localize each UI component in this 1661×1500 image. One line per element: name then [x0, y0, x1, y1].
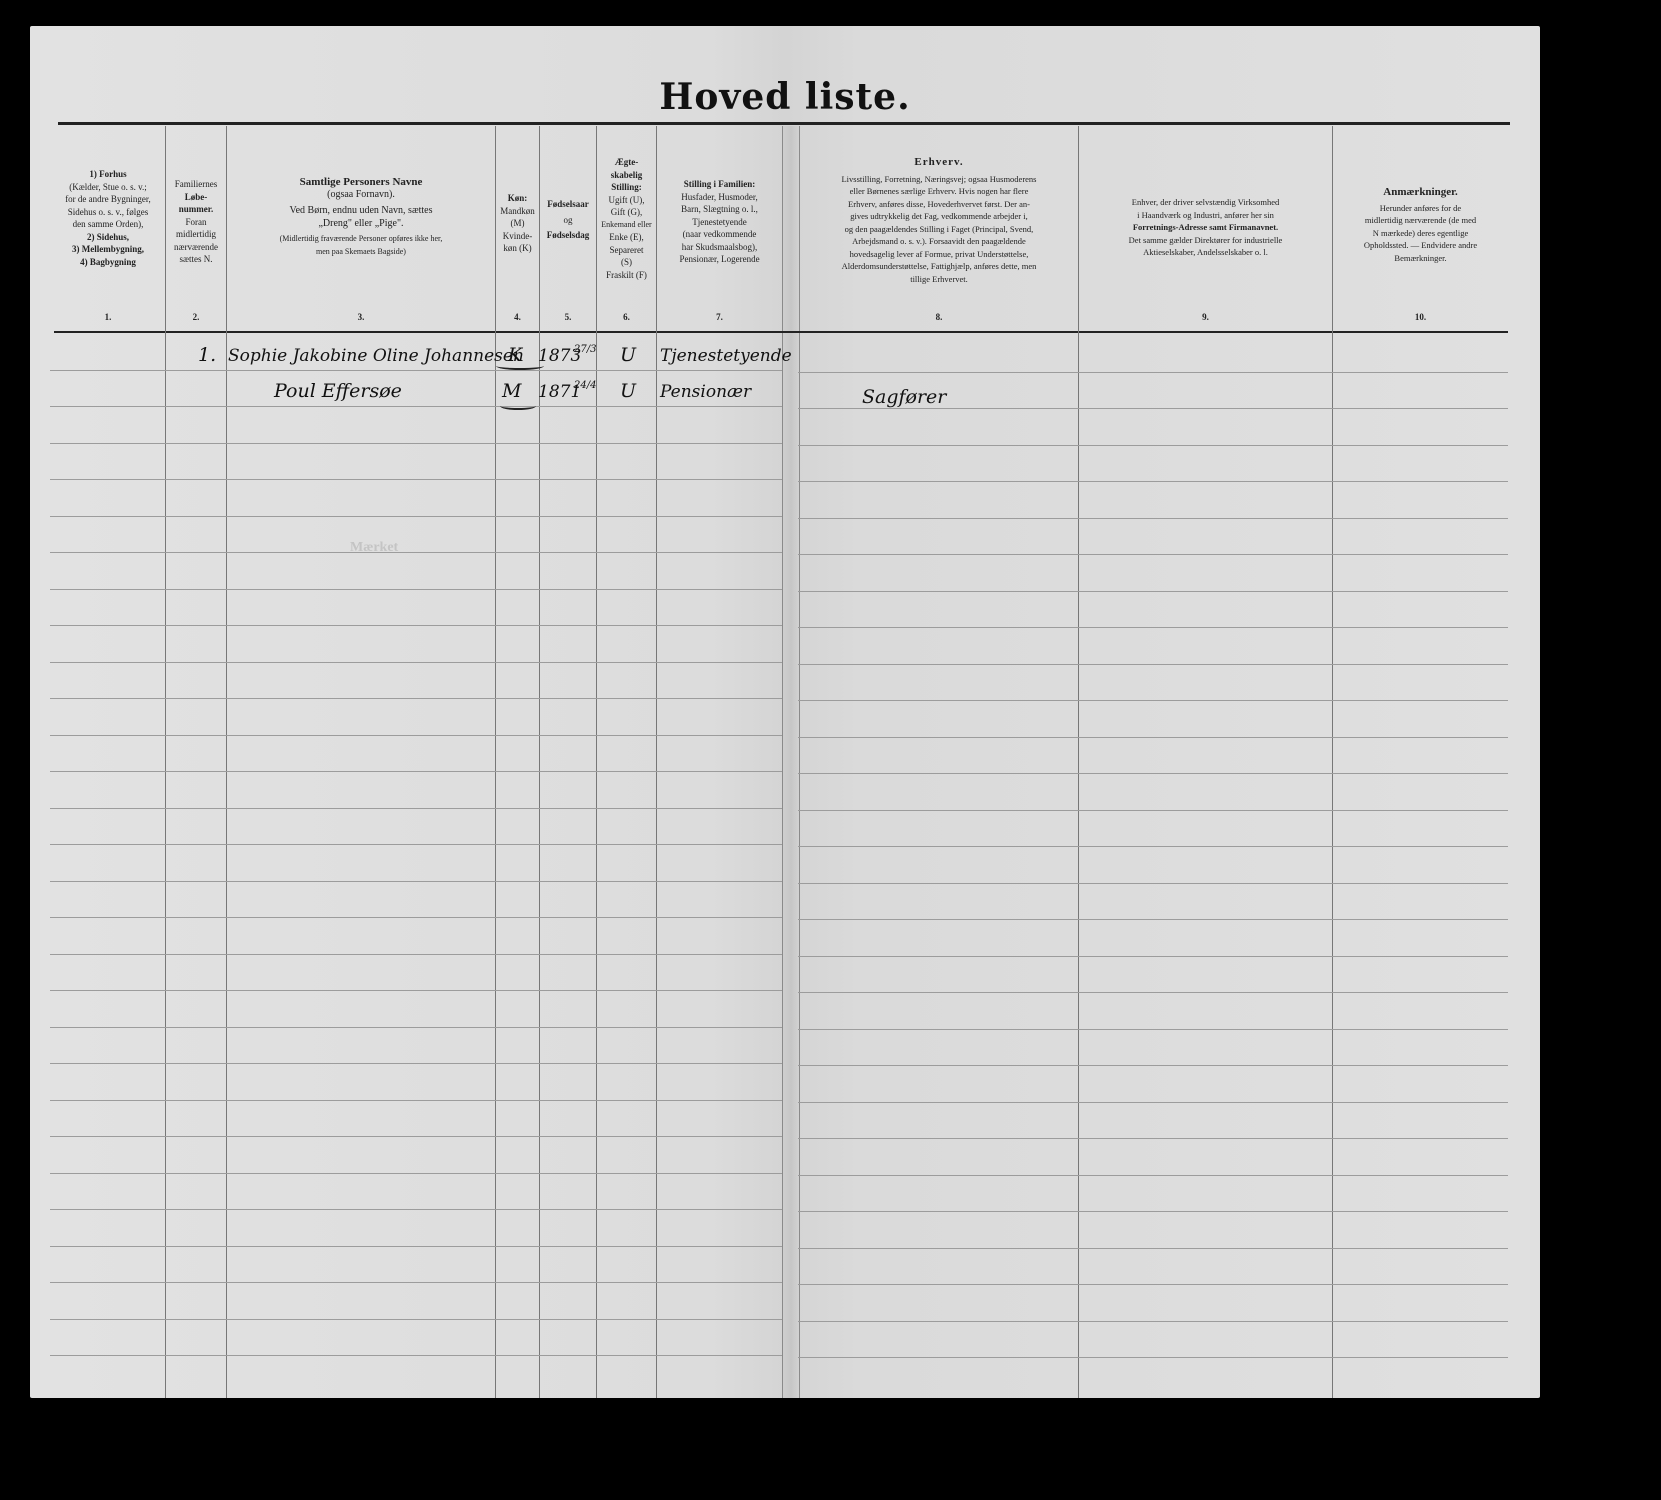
row-rule	[798, 591, 1508, 592]
column-header-1: 1) Forhus (Kælder, Stue o. s. v.; for de…	[52, 168, 164, 268]
birth-date: 24/4	[574, 380, 596, 391]
column-header-5: Fødselsaar og Fødselsdag	[540, 198, 596, 242]
page-title: Hoved liste.	[30, 76, 1540, 118]
row-rule	[50, 1282, 782, 1283]
row-rule	[50, 881, 782, 882]
row-rule	[50, 735, 782, 736]
row-rule	[798, 773, 1508, 774]
row-rule	[798, 481, 1508, 482]
row-rule	[50, 1063, 782, 1064]
row-rule	[798, 737, 1508, 738]
row-rule	[50, 516, 782, 517]
column-number-4: 4.	[496, 312, 539, 322]
row-rule	[798, 1248, 1508, 1249]
row-rule	[50, 1100, 782, 1101]
row-rule	[798, 1065, 1508, 1066]
column-number-1: 1.	[52, 312, 164, 322]
header-rule	[54, 331, 1508, 333]
column-header-10: Anmærkninger. Herunder anføres for de mi…	[1333, 186, 1508, 264]
row-rule	[798, 810, 1508, 811]
row-rule	[50, 771, 782, 772]
row-rule	[798, 372, 1508, 373]
column-number-5: 5.	[540, 312, 596, 322]
column-number-3: 3.	[227, 312, 495, 322]
census-form-page: Hoved liste. 1) Forhus (Kælder, Stue o. …	[30, 26, 1540, 1398]
row-rule	[50, 662, 782, 663]
column-header-9: Enhver, der driver selvstændig Virksomhe…	[1079, 196, 1332, 259]
row-rule	[798, 919, 1508, 920]
row-rule	[50, 1246, 782, 1247]
column-number-10: 10.	[1333, 312, 1508, 322]
column-number-9: 9.	[1079, 312, 1332, 322]
row-rule	[798, 1321, 1508, 1322]
row-rule	[50, 589, 782, 590]
row-rule	[798, 1138, 1508, 1139]
sex: M	[502, 380, 521, 402]
column-header-2: Familiernes Løbe- nummer. Foran midlerti…	[166, 178, 226, 266]
row-rule	[50, 954, 782, 955]
row-rule	[798, 518, 1508, 519]
row-rule	[798, 883, 1508, 884]
row-rule	[798, 554, 1508, 555]
marital-status: U	[620, 344, 636, 366]
row-rule	[798, 1357, 1508, 1358]
row-rule	[798, 992, 1508, 993]
row-rule	[50, 844, 782, 845]
row-rule	[50, 1355, 782, 1356]
row-rule	[50, 1319, 782, 1320]
row-rule	[798, 627, 1508, 628]
underline-mark	[496, 362, 544, 370]
birth-date: 27/3	[574, 344, 596, 355]
family-number: 1.	[198, 344, 216, 366]
column-header-6: Ægte- skabelig Stilling: Ugift (U), Gift…	[597, 156, 656, 281]
row-rule	[50, 552, 782, 553]
row-rule	[798, 1175, 1508, 1176]
row-rule	[50, 1209, 782, 1210]
row-rule	[798, 1029, 1508, 1030]
row-rule	[798, 408, 1508, 409]
column-header-7: Stilling i Familien: Husfader, Husmoder,…	[657, 178, 782, 266]
column-header-3: Samtlige Personers Navne (ogsaa Fornavn)…	[227, 176, 495, 258]
title-rule	[58, 122, 1510, 125]
row-rule	[50, 990, 782, 991]
row-rule	[798, 700, 1508, 701]
row-rule	[798, 846, 1508, 847]
row-rule	[50, 370, 782, 371]
column-header-4: Køn: Mandkøn (M) Kvinde- køn (K)	[496, 192, 539, 255]
row-rule	[50, 1136, 782, 1137]
row-rule	[798, 956, 1508, 957]
family-position: Tjenestetyende	[660, 346, 792, 366]
row-rule	[50, 625, 782, 626]
marital-status: U	[620, 380, 636, 402]
row-rule	[798, 664, 1508, 665]
row-rule	[50, 808, 782, 809]
row-rule	[50, 479, 782, 480]
occupation: Sagfører	[862, 386, 946, 408]
column-header-8: Erhverv. Livsstilling, Forretning, Nærin…	[800, 156, 1078, 285]
family-position: Pensionær	[660, 382, 751, 402]
person-name: Poul Effersøe	[274, 380, 402, 402]
row-rule	[50, 917, 782, 918]
row-rule	[798, 445, 1508, 446]
row-rule	[50, 1173, 782, 1174]
row-rule	[50, 406, 782, 407]
row-rule	[50, 443, 782, 444]
column-number-8: 8.	[800, 312, 1078, 322]
bracket-mark	[500, 402, 536, 410]
column-number-7: 7.	[657, 312, 782, 322]
row-rule	[798, 1284, 1508, 1285]
bleedthrough-heading: Mærket	[350, 540, 398, 556]
column-number-2: 2.	[166, 312, 226, 322]
row-rule	[798, 1211, 1508, 1212]
row-rule	[50, 1027, 782, 1028]
row-rule	[798, 1102, 1508, 1103]
column-number-6: 6.	[597, 312, 656, 322]
row-rule	[50, 698, 782, 699]
person-name: Sophie Jakobine Oline Johannesen	[228, 346, 524, 366]
book-spine	[782, 126, 800, 1398]
